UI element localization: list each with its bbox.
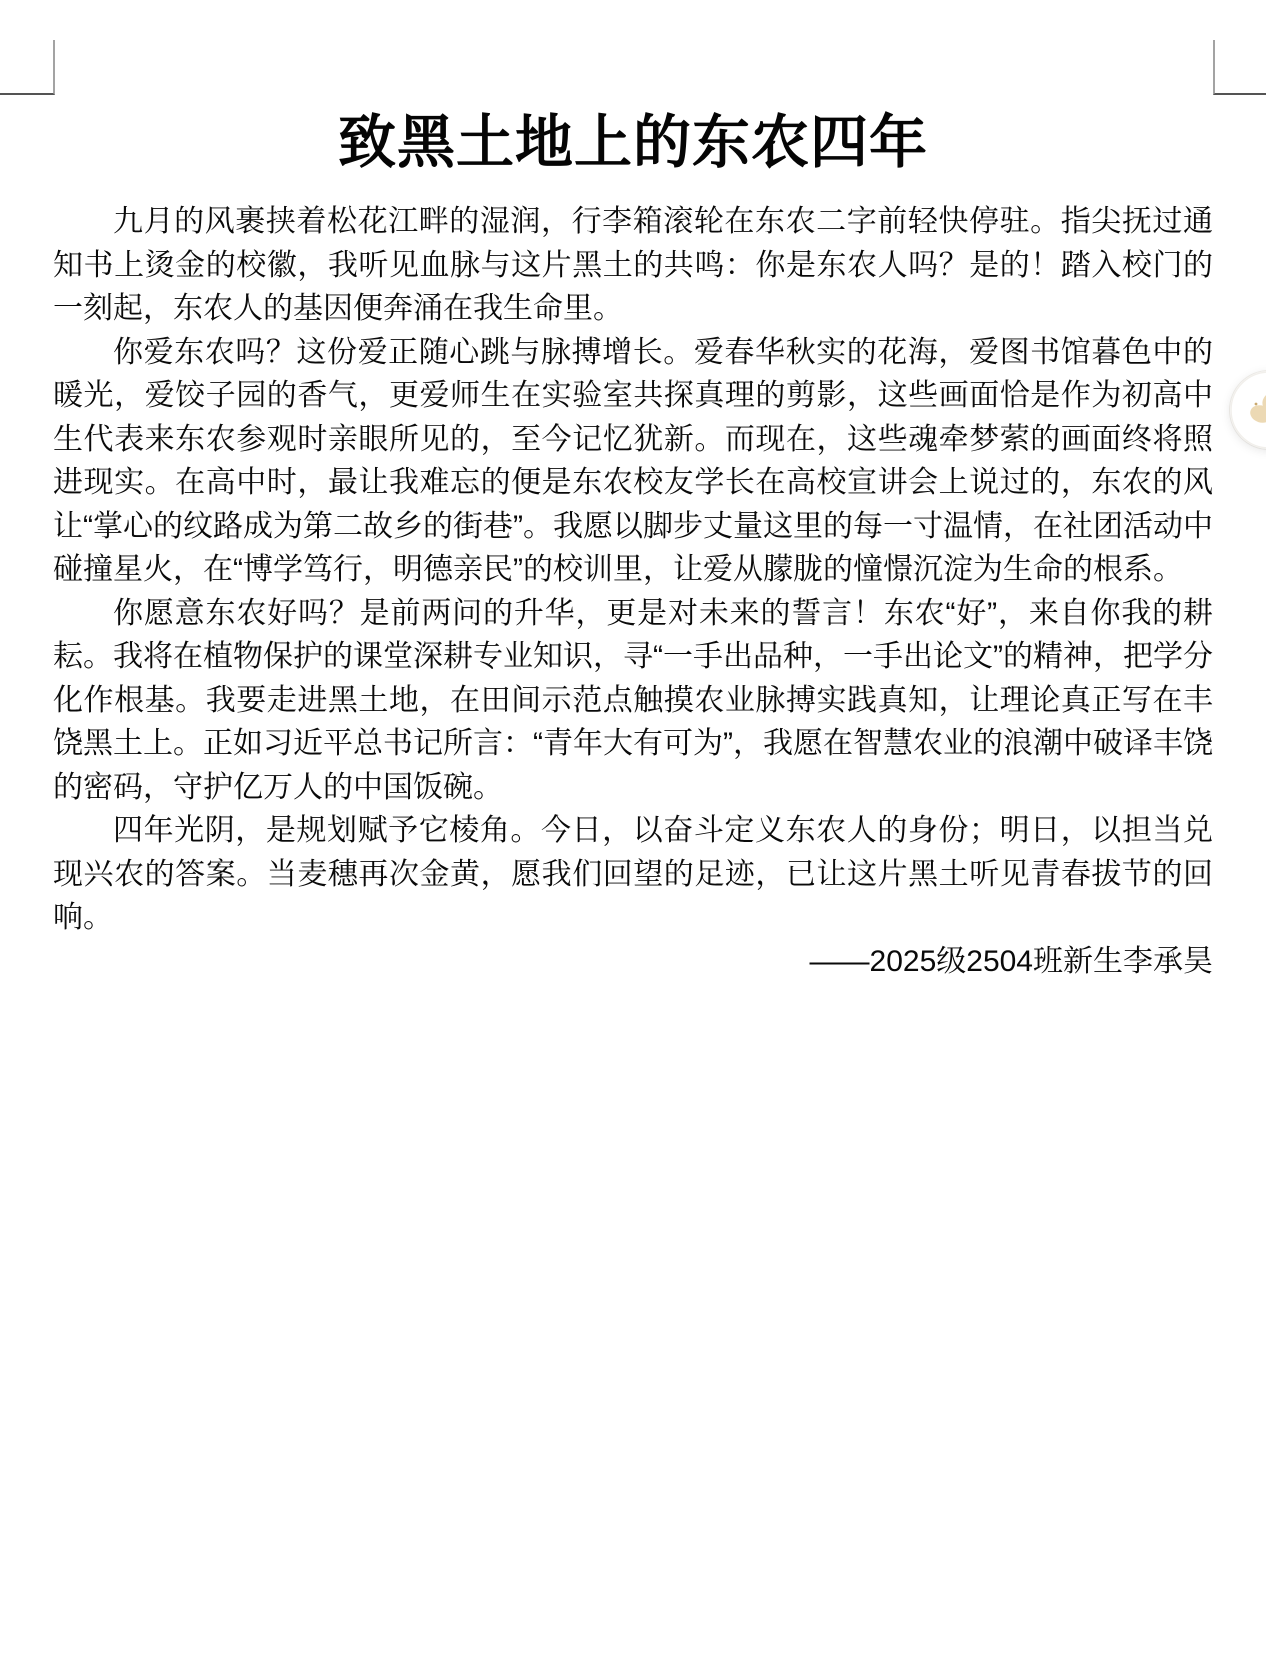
essay-paragraph-1: 九月的风裹挟着松花江畔的湿润，行李箱滚轮在东农二字前轻快停驻。指尖抚过通知书上烫…	[53, 200, 1213, 331]
margin-crop-mark-top-right	[1213, 40, 1266, 95]
essay-paragraph-4: 四年光阴，是规划赋予它棱角。今日，以奋斗定义东农人的身份；明日，以担当兑现兴农的…	[53, 809, 1213, 940]
essay-title: 致黑土地上的东农四年	[53, 112, 1213, 174]
margin-crop-mark-top-left	[0, 40, 55, 95]
essay-body: 九月的风裹挟着松花江畔的湿润，行李箱滚轮在东农二字前轻快停驻。指尖抚过通知书上烫…	[53, 200, 1213, 983]
essay-signature: ——2025级2504班新生李承昊	[53, 940, 1213, 984]
essay-paragraph-2: 你爱东农吗？这份爱正随心跳与脉搏增长。爱春华秋实的花海，爱图书馆暮色中的暖光，爱…	[53, 331, 1213, 592]
floating-assistant-button[interactable]	[1230, 371, 1266, 449]
mascot-icon	[1230, 371, 1266, 449]
document-page: 致黑土地上的东农四年 九月的风裹挟着松花江畔的湿润，行李箱滚轮在东农二字前轻快停…	[0, 0, 1266, 1667]
essay-paragraph-3: 你愿意东农好吗？是前两问的升华，更是对未来的誓言！东农“好”，来自你我的耕耘。我…	[53, 592, 1213, 810]
